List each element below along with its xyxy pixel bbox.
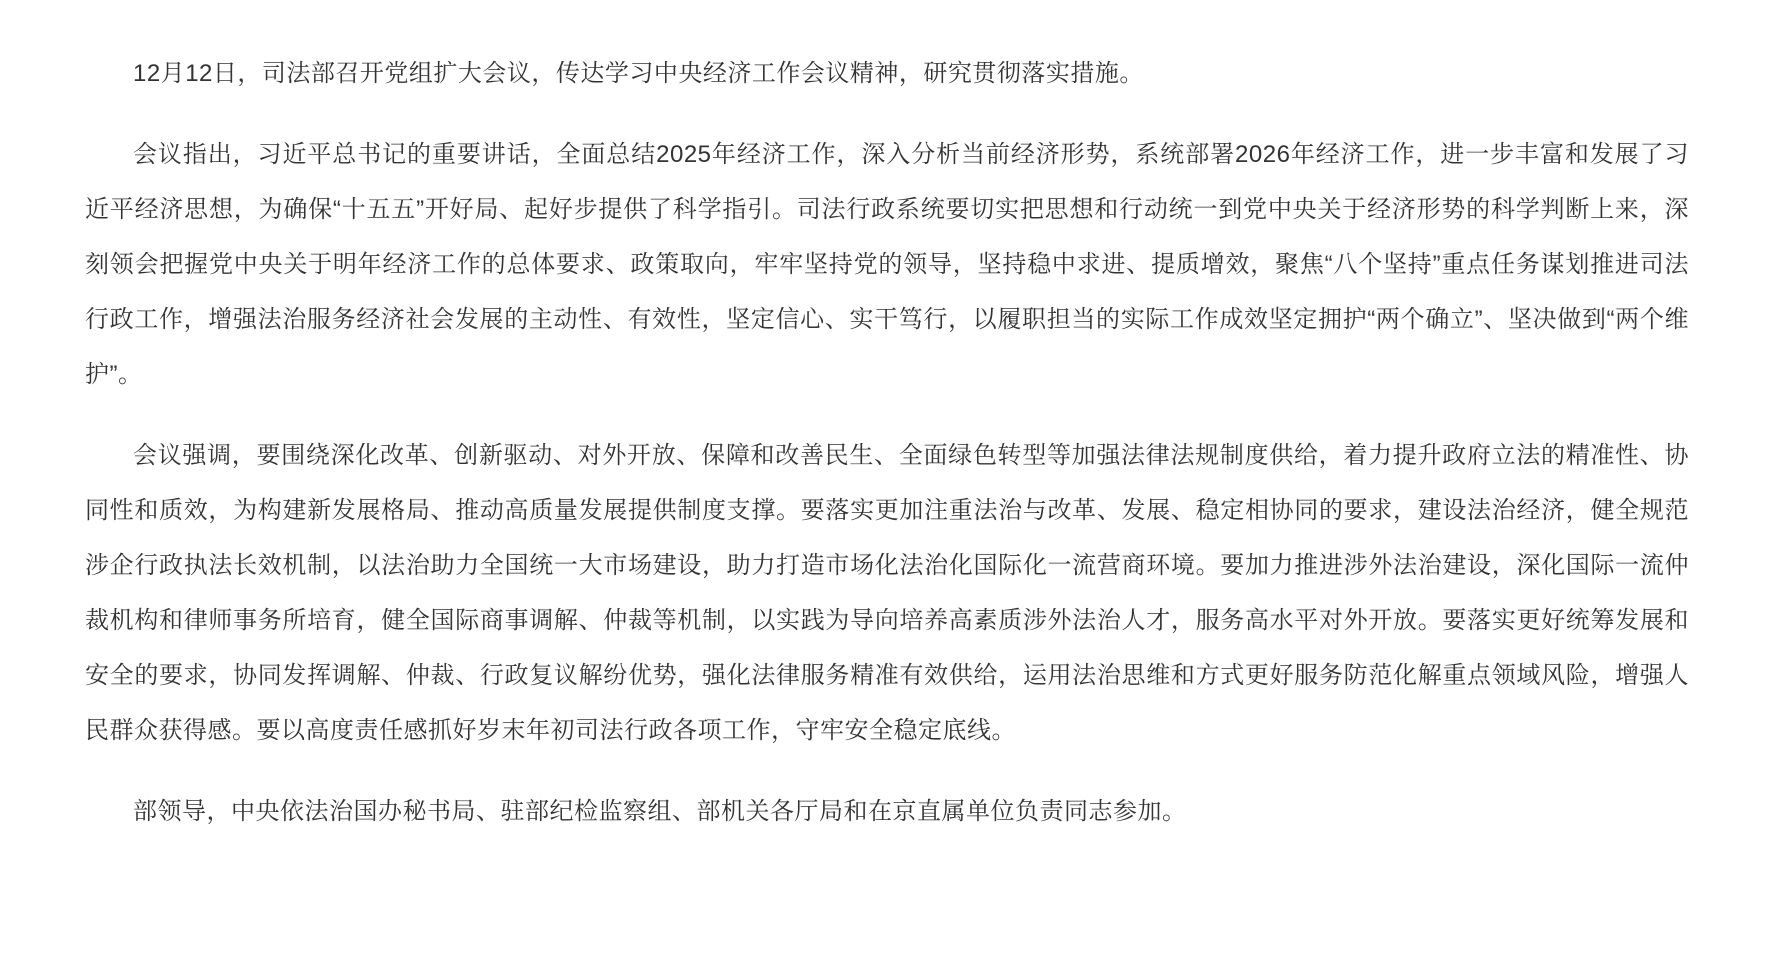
article-body: 12月12日，司法部召开党组扩大会议，传达学习中央经济工作会议精神，研究贯彻落实…: [0, 0, 1777, 839]
article-paragraph: 会议指出，习近平总书记的重要讲话，全面总结2025年经济工作，深入分析当前经济形…: [85, 127, 1689, 402]
article-paragraph: 会议强调，要围绕深化改革、创新驱动、对外开放、保障和改善民生、全面绿色转型等加强…: [85, 428, 1689, 758]
article-paragraph: 部领导，中央依法治国办秘书局、驻部纪检监察组、部机关各厅局和在京直属单位负责同志…: [85, 784, 1689, 839]
article-paragraph: 12月12日，司法部召开党组扩大会议，传达学习中央经济工作会议精神，研究贯彻落实…: [85, 46, 1689, 101]
